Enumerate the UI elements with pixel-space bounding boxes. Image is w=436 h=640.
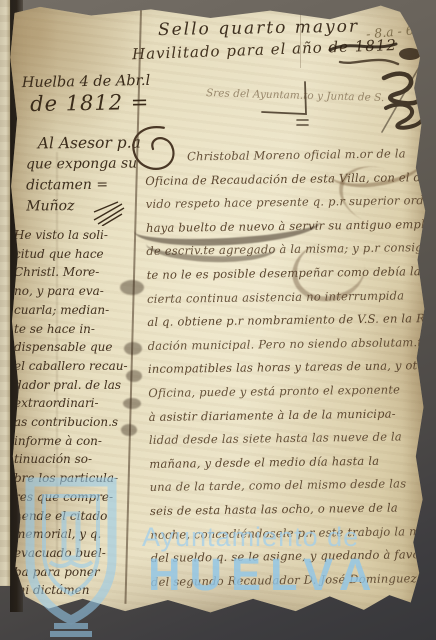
text-line: cuarla; median- xyxy=(14,301,138,320)
text-line: te se hace in- xyxy=(14,320,138,339)
text-line: noche, concediéndosele p.r este trabajo … xyxy=(150,520,432,548)
text-line: ba para poner xyxy=(14,563,138,582)
signature-rubric xyxy=(92,200,126,226)
text-line: hende el citado xyxy=(14,507,138,526)
text-line: evacuado buel- xyxy=(14,544,138,563)
margin-date: Huelba 4 de Abr.lde 1812 = xyxy=(22,73,151,116)
text-line: extraordinari- xyxy=(14,394,138,413)
text-line: bre los particula- xyxy=(14,469,138,488)
text-line: Huelba 4 de Abr.l xyxy=(22,73,151,91)
text-line: vido respeto hace presente q. p.r superi… xyxy=(146,189,428,217)
text-line: que exponga su xyxy=(26,153,141,175)
text-line: memorial, y q. xyxy=(14,525,138,544)
archive-photo: Sello quarto mayor Havilitado para el añ… xyxy=(0,0,436,640)
text-line: mi dictámen xyxy=(14,581,138,600)
manuscript-page: Sello quarto mayor Havilitado para el añ… xyxy=(6,2,432,616)
text-line: tinuación so- xyxy=(14,450,138,469)
text-line: lidad desde las siete hasta las nueve de… xyxy=(149,425,431,453)
text-line: as contribucion.s xyxy=(14,413,138,432)
text-line: dador pral. de las xyxy=(14,376,138,395)
text-line: cierta continua asistencia no interrumpi… xyxy=(147,284,429,312)
text-line: una de la tarde, como del mismo desde la… xyxy=(149,472,431,500)
text-line: dación municipal. Pero no siendo absolut… xyxy=(148,331,430,359)
text-line: res que compre- xyxy=(14,488,138,507)
body-text: Christobal Moreno oficial m.or de laOfic… xyxy=(145,142,433,594)
text-line: Christobal Moreno oficial m.or de la xyxy=(145,142,427,170)
text-line: He visto la soli- xyxy=(14,226,138,245)
text-line: de escriv.te agregado à la misma; y p.r … xyxy=(146,236,428,264)
text-line: dictamen = xyxy=(26,174,141,196)
text-line: no, y para eva- xyxy=(14,282,138,301)
text-line: del segundo Recaudador D. José Dominguez xyxy=(151,567,433,595)
text-line: citud que hace xyxy=(14,245,138,264)
text-line: el caballero recau- xyxy=(14,357,138,376)
margin-note: He visto la soli-citud que haceChristl. … xyxy=(14,226,138,600)
text-line: informe à con- xyxy=(14,432,138,451)
text-line: Oficina, puede y está pronto el exponent… xyxy=(148,378,430,406)
text-line: Christl. More- xyxy=(14,263,138,282)
text-line: dispensable que xyxy=(14,338,138,357)
text-line: de 1812 = xyxy=(30,90,151,116)
